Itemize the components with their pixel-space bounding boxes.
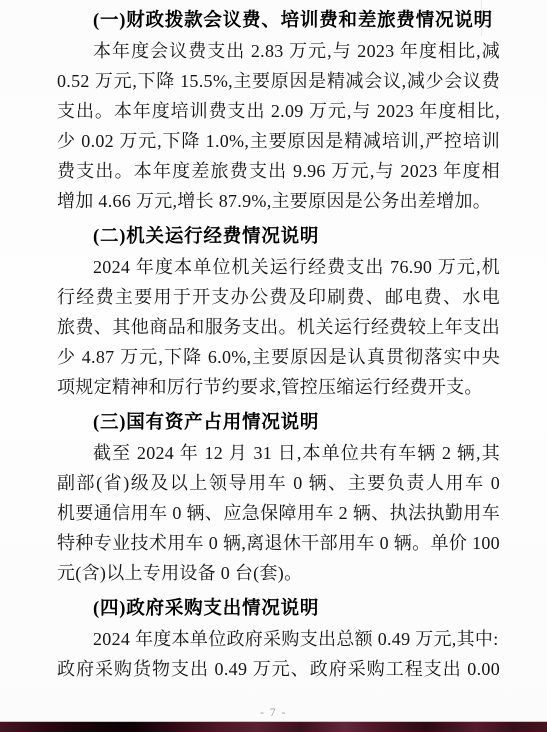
body-text-line: 政府采购货物支出 0.49 万元、政府采购工程支出 0.00 万元、 (57, 654, 500, 684)
body-text-line: 增加 4.66 万元,增长 87.9%,主要原因是公务出差增加。 (57, 186, 500, 216)
body-text-line: 截至 2024 年 12 月 31 日,本单位共有车辆 2 辆,其中, (57, 438, 500, 468)
body-text-line: 特种专业技术用车 0 辆,离退休干部用车 0 辆。单价 100 万 (57, 528, 500, 558)
document-page: (一)财政拨款会议费、培训费和差旅费情况说明本年度会议费支出 2.83 万元,与… (0, 0, 547, 732)
body-text-line: 行经费主要用于开支办公费及印刷费、邮电费、水电费、差 (57, 282, 500, 312)
section-heading: (二)机关运行经费情况说明 (57, 222, 500, 252)
section-heading: (一)财政拨款会议费、培训费和差旅费情况说明 (57, 6, 500, 36)
body-text-line: 副部(省)级及以上领导用车 0 辆、主要负责人用车 0 辆、 (57, 468, 500, 498)
footer-bar (0, 721, 547, 732)
body-text-line: 旅费、其他商品和服务支出。机关运行经费较上年支出数减 (57, 312, 500, 342)
body-text-line: 本年度会议费支出 2.83 万元,与 2023 年度相比,减少 (57, 36, 500, 66)
section-heading: (四)政府采购支出情况说明 (57, 594, 500, 624)
body-text-line: 少 4.87 万元,下降 6.0%,主要原因是认真贯彻落实中央八 (57, 342, 500, 372)
body-text-line: 项规定精神和厉行节约要求,管控压缩运行经费开支。 (57, 372, 500, 402)
body-text-line: 少 0.02 万元,下降 1.0%,主要原因是精减培训,严控培训 (57, 126, 500, 156)
page-number: - 7 - (0, 707, 547, 719)
section-heading: (三)国有资产占用情况说明 (57, 408, 500, 438)
body-text-line: 费支出。本年度差旅费支出 9.96 万元,与 2023 年度相比, (57, 156, 500, 186)
body-text-line: 2024 年度本单位政府采购支出总额 0.49 万元,其中: (57, 624, 500, 654)
body-text-line: 2024 年度本单位机关运行经费支出 76.90 万元,机关运 (57, 252, 500, 282)
document-content: (一)财政拨款会议费、培训费和差旅费情况说明本年度会议费支出 2.83 万元,与… (57, 6, 500, 684)
body-text-line: 支出。本年度培训费支出 2.09 万元,与 2023 年度相比,减 (57, 96, 500, 126)
body-text-line: 元(含)以上专用设备 0 台(套)。 (57, 558, 500, 588)
body-text-line: 机要通信用车 0 辆、应急保障用车 2 辆、执法执勤用车 0 辆, (57, 498, 500, 528)
body-text-line: 0.52 万元,下降 15.5%,主要原因是精减会议,减少会议费 (57, 66, 500, 96)
